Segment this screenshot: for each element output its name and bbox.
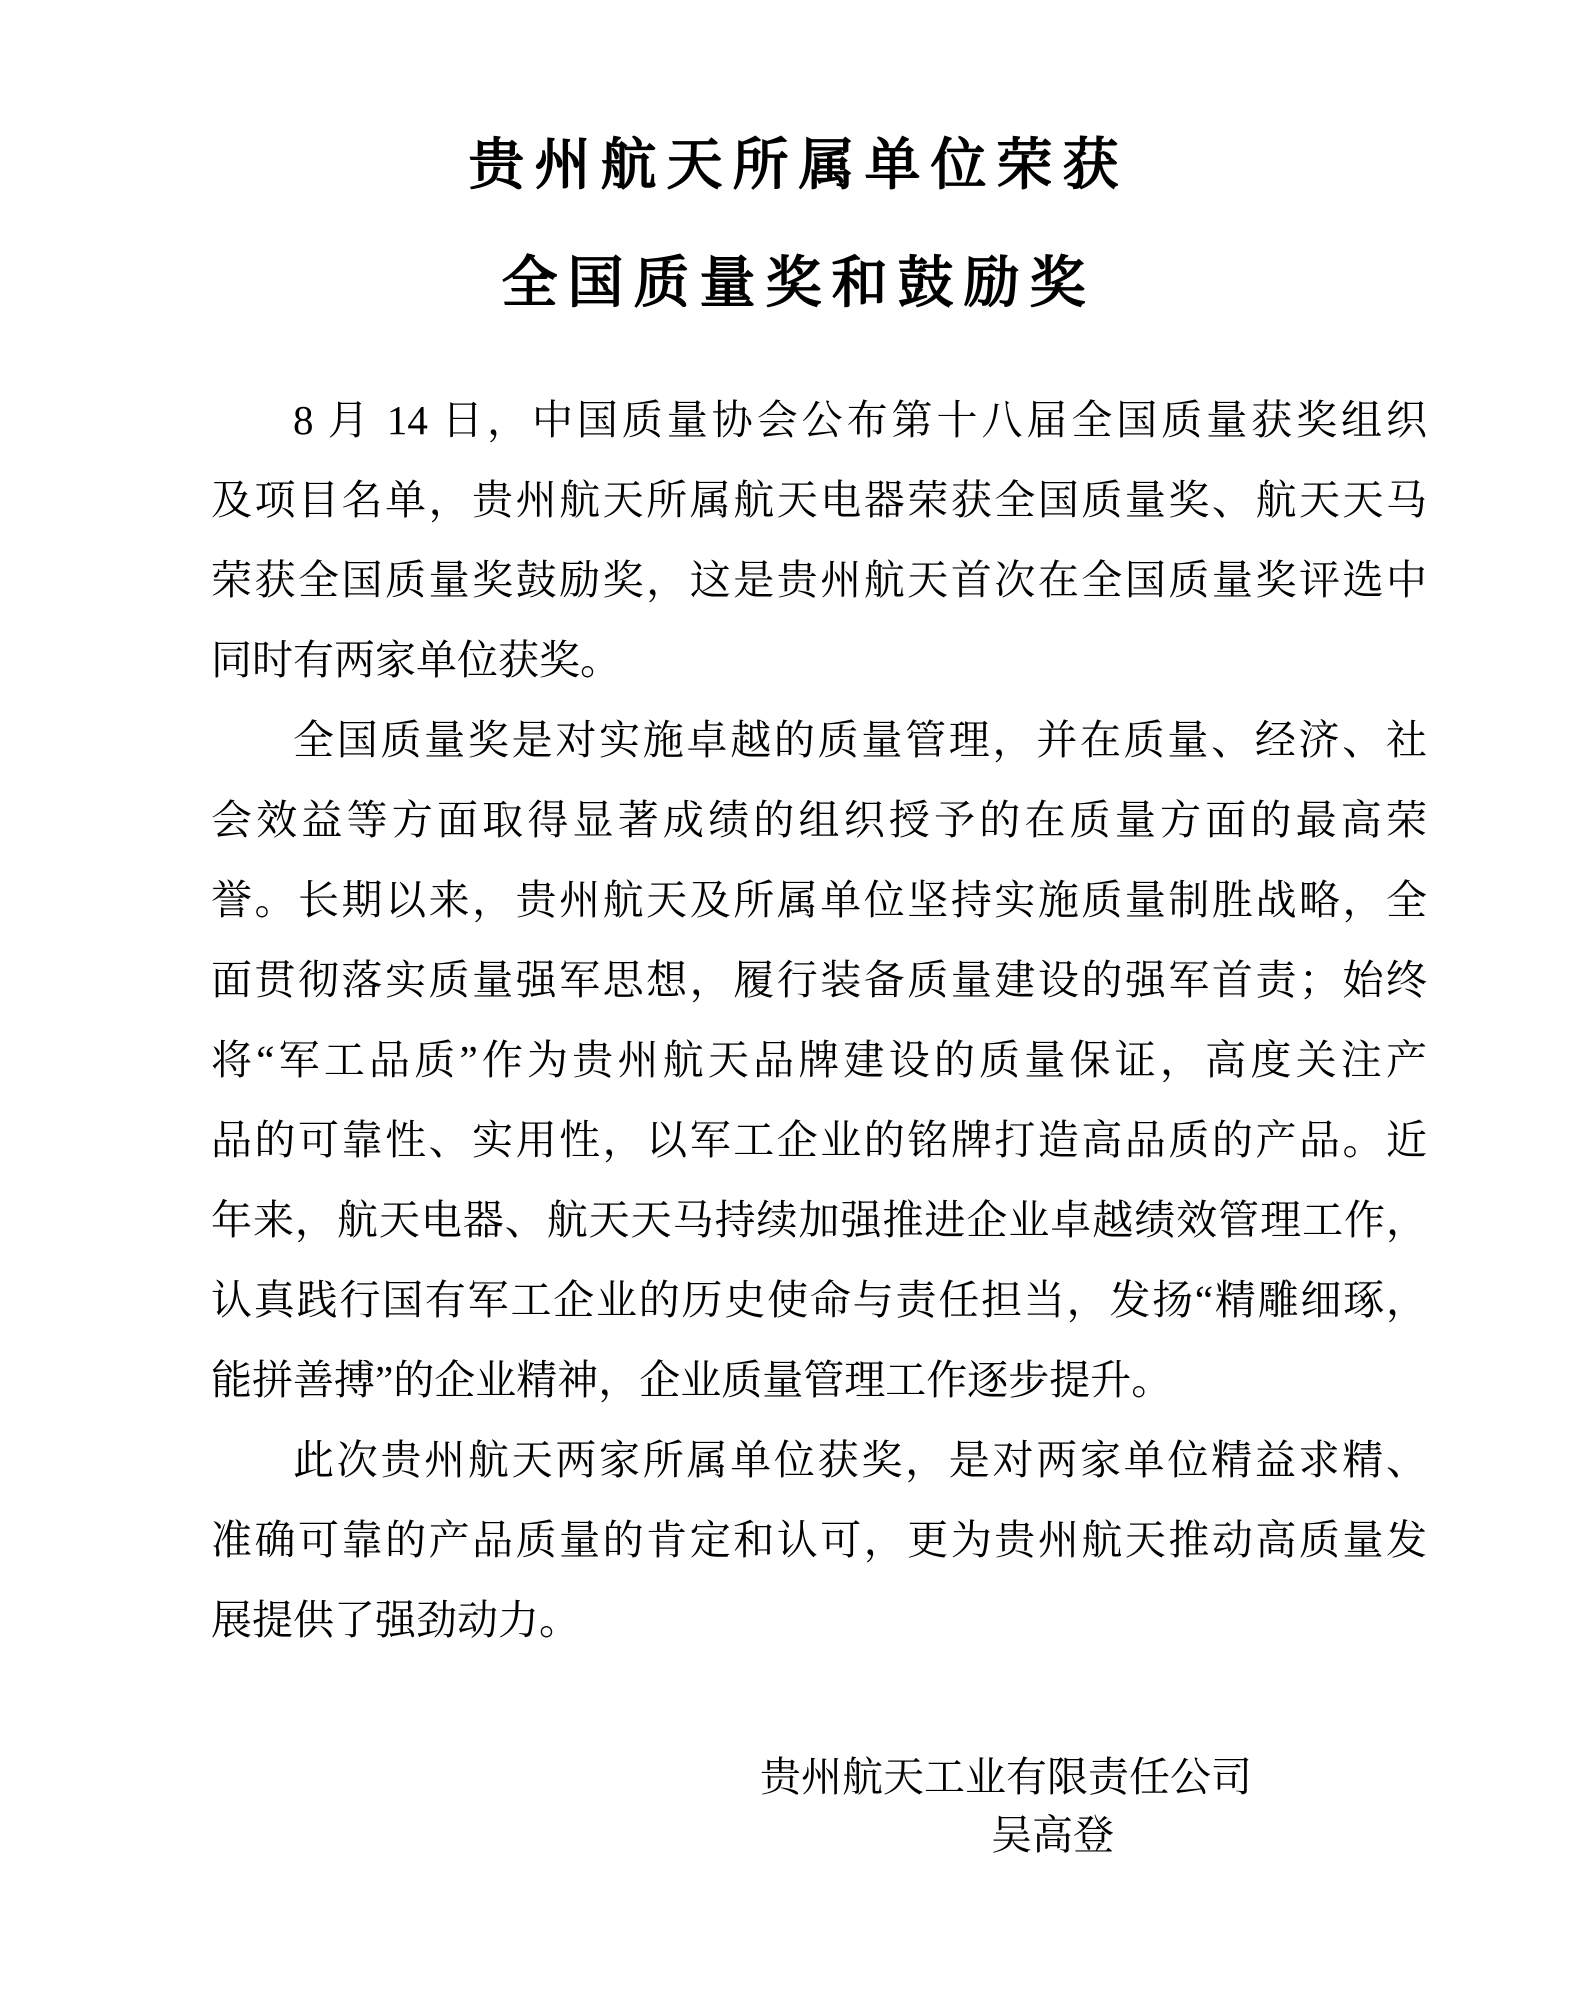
body-line: 面贯彻落实质量强军思想，履行装备质量建设的强军首责；始终 <box>211 940 1427 1020</box>
body-line: 将“军工品质”作为贵州航天品牌建设的质量保证，高度关注产 <box>211 1020 1427 1100</box>
signature-name: 吴高登 <box>0 1806 1114 1864</box>
body-line: 誉。长期以来，贵州航天及所属单位坚持实施质量制胜战略，全 <box>211 860 1427 940</box>
body-line: 及项目名单，贵州航天所属航天电器荣获全国质量奖、航天天马 <box>211 460 1427 540</box>
body-line: 品的可靠性、实用性，以军工企业的铭牌打造高品质的产品。近 <box>211 1100 1427 1180</box>
document-title-line-2: 全国质量奖和鼓励奖 <box>0 254 1587 314</box>
body-line: 会效益等方面取得显著成绩的组织授予的在质量方面的最高荣 <box>211 780 1427 860</box>
body-line: 年来，航天电器、航天天马持续加强推进企业卓越绩效管理工作， <box>211 1180 1427 1260</box>
body-line: 同时有两家单位获奖。 <box>211 620 1427 700</box>
body-line: 全国质量奖是对实施卓越的质量管理，并在质量、经济、社 <box>211 700 1427 780</box>
document-title-line-1: 贵州航天所属单位荣获 <box>0 136 1587 196</box>
body-line: 荣获全国质量奖鼓励奖，这是贵州航天首次在全国质量奖评选中 <box>211 540 1427 620</box>
body-line: 准确可靠的产品质量的肯定和认可，更为贵州航天推动高质量发 <box>211 1500 1427 1580</box>
body-line: 此次贵州航天两家所属单位获奖，是对两家单位精益求精、 <box>211 1420 1427 1500</box>
document-body: 8 月 14 日，中国质量协会公布第十八届全国质量获奖组织及项目名单，贵州航天所… <box>211 380 1427 1660</box>
body-line: 展提供了强劲动力。 <box>211 1580 1427 1660</box>
body-line: 认真践行国有军工企业的历史使命与责任担当，发扬“精雕细琢， <box>211 1260 1427 1340</box>
signature-company: 贵州航天工业有限责任公司 <box>0 1748 1252 1806</box>
body-line: 能拼善搏”的企业精神，企业质量管理工作逐步提升。 <box>211 1340 1427 1420</box>
document-page: 贵州航天所属单位荣获 全国质量奖和鼓励奖 8 月 14 日，中国质量协会公布第十… <box>0 0 1587 1992</box>
body-line: 8 月 14 日，中国质量协会公布第十八届全国质量获奖组织 <box>211 380 1427 460</box>
